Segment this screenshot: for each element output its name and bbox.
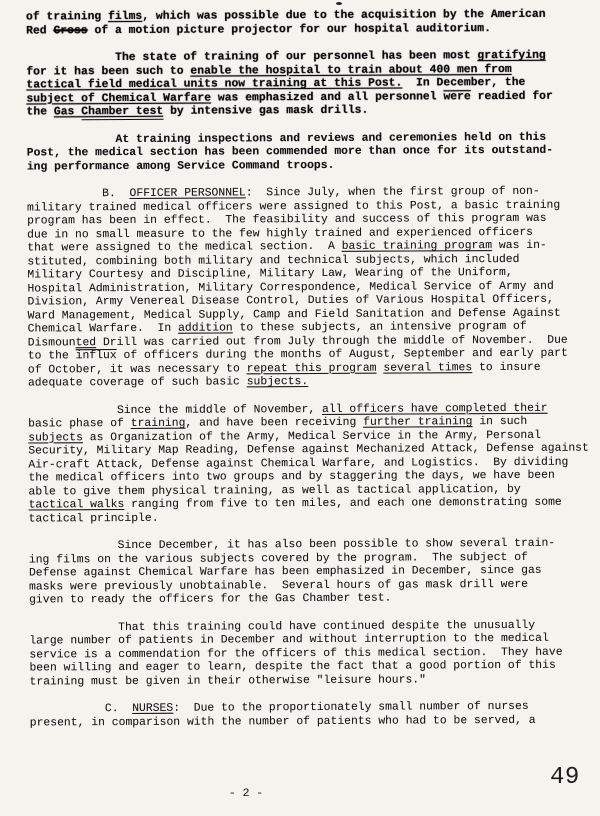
- text-segment: Security, Military Map Reading, Defense …: [28, 443, 589, 458]
- text-segment: present, in comparison with the number o…: [30, 714, 536, 729]
- text-segment: In December, the: [402, 77, 525, 90]
- annotated-text: gratifying: [477, 50, 545, 62]
- annotated-text: several times: [383, 362, 472, 374]
- text-segment: B.: [27, 188, 130, 201]
- annotated-text: Cross: [53, 25, 87, 37]
- corner-page-number: 49: [550, 764, 580, 791]
- text-line: present, in comparison with the number o…: [30, 714, 600, 731]
- text-segment: adequate coverage of such basic: [28, 376, 247, 389]
- text-segment: Military Courtesy and Discipline, Milita…: [27, 267, 512, 282]
- text-segment: training must be given in their otherwis…: [29, 674, 426, 688]
- text-segment: to these subjects, an intensive program …: [233, 321, 527, 335]
- annotated-text: subjects: [28, 432, 83, 444]
- text-segment: Since the middle of November,: [28, 403, 322, 417]
- text-segment: Defense against Chemical Warfare has bee…: [29, 565, 542, 580]
- text-segment: That this training could have continued …: [29, 619, 535, 634]
- text-segment: Air-craft Attack, Defense against Chemic…: [28, 456, 568, 471]
- document-page: of training films, which was possible du…: [0, 0, 600, 816]
- text-segment: of officers during the months of August,…: [117, 348, 568, 362]
- text-segment: Drill was carried out from July through …: [96, 334, 568, 348]
- text-segment: as Organization of the Army, Medical Ser…: [83, 429, 541, 443]
- paragraph: of training films, which was possible du…: [26, 8, 600, 38]
- text-segment: : Since July, when the first group of no…: [246, 186, 540, 200]
- text-line: tactical principle.: [29, 510, 600, 527]
- annotated-text: NURSES: [132, 703, 173, 715]
- annotated-text: addition: [178, 322, 233, 334]
- text-segment: stituted, combining both military and te…: [27, 253, 519, 268]
- text-line: ing performance among Service Command tr…: [27, 158, 600, 175]
- text-segment: Ward Management, Medical Supply, Camp an…: [28, 307, 561, 322]
- annotated-text: influx: [76, 350, 117, 362]
- annotated-text: were: [443, 91, 470, 103]
- annotated-text: tactical walks: [29, 499, 125, 512]
- text-segment: the medical officers into two groups and…: [28, 470, 554, 485]
- paragraph: At training inspections and reviews and …: [27, 131, 600, 175]
- text-segment: program has been in effect. The feasibil…: [27, 213, 547, 228]
- text-segment: by intensive gas mask drills.: [163, 105, 368, 118]
- text-segment: to insure: [472, 361, 540, 373]
- annotated-text: subjects.: [247, 376, 309, 388]
- text-segment: in such: [472, 416, 527, 428]
- text-segment: been willing and eager to learn, despite…: [29, 660, 555, 675]
- text-segment: military trained medical officers were a…: [27, 199, 560, 214]
- text-segment: , and have been receiving: [185, 417, 363, 430]
- paragraph: C. NURSES: Due to the proportionately sm…: [30, 700, 600, 730]
- text-segment: Hospital Administration, Military Corres…: [27, 280, 553, 295]
- annotated-text: subject of Chemical Warfare: [26, 92, 211, 105]
- text-segment: masks were previously unobtainable. Seve…: [29, 578, 528, 593]
- text-segment: given to ready the officers for the Gas …: [29, 593, 391, 607]
- annotated-text: films: [108, 11, 142, 23]
- text-segment: basic phase of: [28, 418, 131, 431]
- annotated-text: enable the hospital to train about 400 m…: [190, 63, 511, 77]
- text-segment: ranging from five to ten miles, and each…: [124, 497, 562, 511]
- text-line: training must be given in their otherwis…: [29, 673, 600, 690]
- annotated-text: OFFICER PERSONNEL: [129, 187, 245, 200]
- text-segment: tactical principle.: [29, 512, 159, 525]
- paragraph: That this training could have continued …: [29, 619, 600, 690]
- annotated-text: basic training program: [342, 240, 492, 253]
- annotated-text: Gas: [54, 106, 81, 118]
- annotated-text: repeat this program: [247, 362, 377, 375]
- text-segment: was emphasized and all personnel: [211, 91, 443, 104]
- text-segment: At training inspections and reviews and …: [27, 131, 547, 146]
- text-segment: the: [27, 106, 54, 118]
- text-segment: of training: [26, 11, 108, 23]
- text-segment: ing films on the various subjects covere…: [29, 551, 528, 566]
- annotated-text: Chamber test: [81, 106, 163, 120]
- text-segment: to the: [28, 350, 76, 362]
- text-segment: The state of training of our personnel h…: [26, 50, 477, 64]
- text-segment: Dismoun: [28, 337, 76, 349]
- text-segment: service is a commendation for the office…: [29, 646, 562, 661]
- paragraph: Since December, it has also been possibl…: [29, 537, 600, 608]
- document-body: of training films, which was possible du…: [26, 8, 600, 744]
- paragraph: Since the middle of November, all office…: [28, 402, 600, 527]
- annotated-text: tactical field medical units now trainin…: [26, 78, 402, 92]
- text-segment: ing performance among Service Command tr…: [27, 159, 335, 173]
- paragraph: B. OFFICER PERSONNEL: Since July, when t…: [27, 185, 600, 391]
- text-segment: Division, Army Venereal Disease Control,…: [27, 294, 553, 309]
- annotated-text: all officers have completed their: [322, 402, 548, 415]
- scan-speck: [336, 2, 342, 5]
- text-segment: , which was possible due to the acquisit…: [142, 9, 545, 23]
- paragraph: The state of training of our personnel h…: [26, 49, 600, 120]
- text-segment: of a motion picture projector for our ho…: [88, 23, 491, 37]
- text-segment: that were assigned to the medical sectio…: [27, 241, 341, 255]
- text-segment: able to give them physical training, as …: [28, 483, 520, 498]
- text-segment: C.: [30, 703, 133, 716]
- text-line: Red Cross of a motion picture projector …: [26, 22, 600, 39]
- text-segment: Since December, it has also been possibl…: [29, 538, 555, 553]
- text-segment: Post, the medical section has been comme…: [27, 145, 553, 160]
- page-number: - 2 -: [196, 788, 296, 800]
- text-line: given to ready the officers for the Gas …: [29, 591, 600, 608]
- text-segment: was in-: [492, 240, 547, 252]
- text-segment: for it has been such to: [26, 65, 190, 78]
- text-segment: Red: [26, 25, 53, 37]
- text-segment: large number of patients in December and…: [29, 633, 549, 648]
- annotated-text: further training: [363, 416, 472, 429]
- text-segment: readied for: [471, 90, 553, 102]
- text-segment: : Due to the proportionately small numbe…: [173, 701, 529, 715]
- text-segment: Chemical Warfare. In: [28, 323, 178, 336]
- text-line: adequate coverage of such basic subjects…: [28, 374, 600, 391]
- text-line: the Gas Chamber test by intensive gas ma…: [27, 103, 600, 120]
- annotated-text: training: [131, 418, 186, 430]
- annotated-text: ted: [76, 337, 97, 349]
- text-segment: of October, it was necessary to: [28, 363, 247, 376]
- text-segment: due in no small measure to the few highl…: [27, 226, 533, 241]
